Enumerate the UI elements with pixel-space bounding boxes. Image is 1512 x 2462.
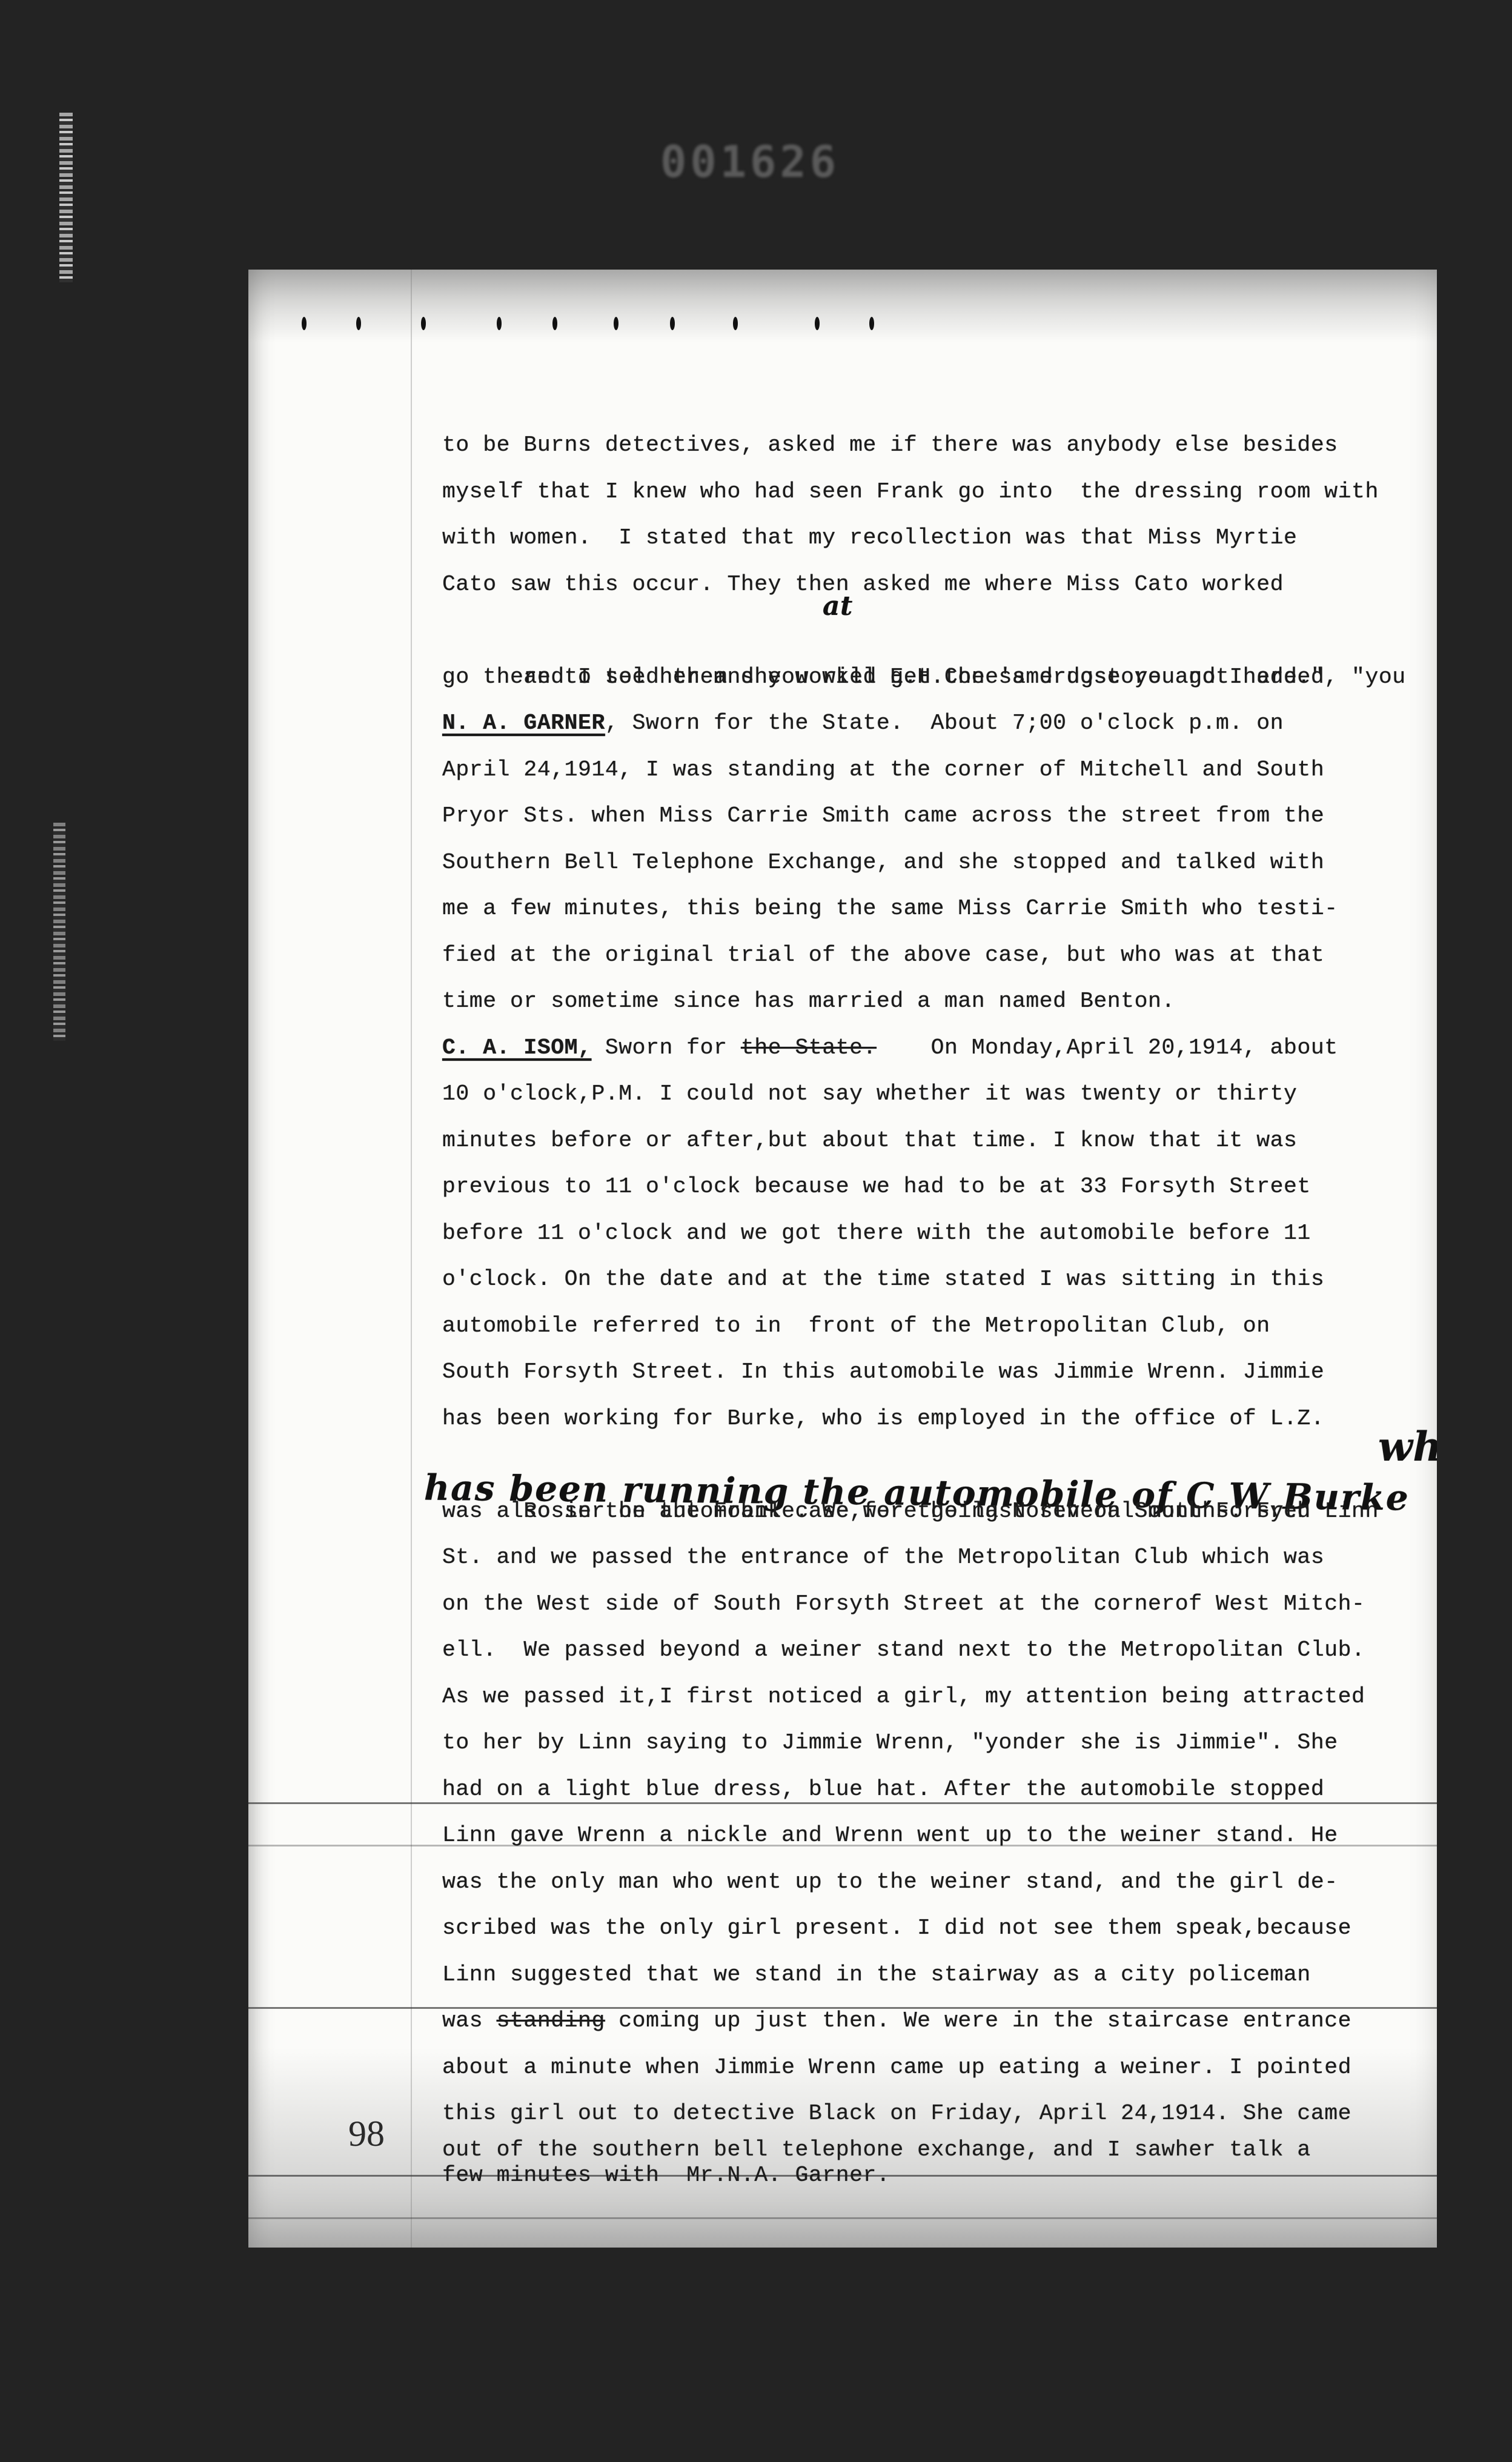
horizontal-rule: [248, 2217, 1437, 2219]
margin-rule: [411, 270, 412, 2248]
punch-hole-mark: [552, 317, 557, 330]
text-line: o'clock. On the date and at the time sta…: [442, 1256, 1424, 1303]
text-line: was the only man who went up to the wein…: [442, 1859, 1424, 1906]
text-line: Pryor Sts. when Miss Carrie Smith came a…: [442, 793, 1424, 840]
text-fragment: coming up just then. We were in the stai…: [605, 2008, 1351, 2033]
witness-name: N. A. GARNER: [442, 711, 605, 735]
handwritten-insert-at: at: [823, 583, 853, 630]
punch-hole-mark: [497, 317, 502, 330]
text-line: fied at the original trial of the above …: [442, 932, 1424, 979]
text-line-with-correction: Rosser on the Frank case,for the last se…: [442, 1442, 1424, 1488]
text-line: on the West side of South Forsyth Street…: [442, 1581, 1424, 1628]
witness-name: C. A. ISOM,: [442, 1035, 591, 1060]
text-line: automobile referred to in front of the M…: [442, 1303, 1424, 1350]
text-line: this girl out to detective Black on Frid…: [442, 2091, 1424, 2137]
text-line: 10 o'clock,P.M. I could not say whether …: [442, 1071, 1424, 1118]
punch-hole-mark: [356, 317, 361, 330]
text-line: to her by Linn saying to Jimmie Wrenn, "…: [442, 1720, 1424, 1767]
text-line: has been working for Burke, who is emplo…: [442, 1396, 1424, 1442]
text-line: Southern Bell Telephone Exchange, and sh…: [442, 840, 1424, 886]
frame-number: 001626: [660, 136, 840, 187]
page-top-shadow: [248, 270, 1437, 342]
text-line: before 11 o'clock and we got there with …: [442, 1210, 1424, 1257]
punch-hole-mark: [670, 317, 675, 330]
typed-testimony: to be Burns detectives, asked me if ther…: [442, 422, 1424, 2188]
document-page: 98 to be Burns detectives, asked me if t…: [248, 270, 1437, 2248]
text-line: about a minute when Jimmie Wrenn came up…: [442, 2045, 1424, 2091]
punch-hole-mark: [733, 317, 738, 330]
text-line: with women. I stated that my recollectio…: [442, 515, 1424, 562]
text-line: scribed was the only girl present. I did…: [442, 1905, 1424, 1952]
text-line: Linn suggested that we stand in the stai…: [442, 1952, 1424, 1999]
witness-line-garner: N. A. GARNER, Sworn for the State. About…: [442, 700, 1424, 747]
punch-hole-mark: [869, 317, 874, 330]
text-line-with-insert: and I told them she worked E.H.Cone's dr…: [442, 608, 1424, 654]
text-line: out of the southern bell telephone excha…: [442, 2137, 1424, 2163]
text-line: was also in the automobile. We were goin…: [442, 1488, 1424, 1535]
witness-sworn: Sworn for: [591, 1035, 740, 1060]
handwritten-insert-who: who: [1378, 1424, 1437, 1470]
text-line: go there to see her and you will get the…: [442, 654, 1424, 701]
struck-text: the State.: [741, 1035, 877, 1060]
text-line: myself that I knew who had seen Frank go…: [442, 469, 1424, 516]
text-fragment: was: [442, 2008, 497, 2033]
text-line: Linn gave Wrenn a nickle and Wrenn went …: [442, 1813, 1424, 1859]
text-line: ell. We passed beyond a weiner stand nex…: [442, 1627, 1424, 1674]
punch-hole-mark: [302, 317, 307, 330]
text-line: few minutes with Mr.N.A. Garner.: [442, 2163, 1424, 2188]
text-line: Cato saw this occur. They then asked me …: [442, 562, 1424, 608]
text-line: As we passed it,I first noticed a girl, …: [442, 1674, 1424, 1720]
text-line: had on a light blue dress, blue hat. Aft…: [442, 1767, 1424, 1813]
text-line: to be Burns detectives, asked me if ther…: [442, 422, 1424, 469]
witness-line-isom: C. A. ISOM, Sworn for the State. On Mond…: [442, 1025, 1424, 1072]
microfilm-edge-strip-middle: [53, 823, 65, 1041]
text-line: previous to 11 o'clock because we had to…: [442, 1164, 1424, 1210]
struck-text: standing: [497, 2008, 605, 2033]
punch-hole-mark: [421, 317, 426, 330]
witness-statement: On Monday,April 20,1914, about: [877, 1035, 1338, 1060]
text-line: minutes before or after,but about that t…: [442, 1118, 1424, 1164]
witness-statement: , Sworn for the State. About 7;00 o'cloc…: [605, 711, 1284, 735]
microfilm-edge-strip-top: [59, 113, 73, 282]
punch-hole-mark: [815, 317, 820, 330]
text-line-with-strike: was standing coming up just then. We wer…: [442, 1998, 1424, 2045]
text-line: April 24,1914, I was standing at the cor…: [442, 747, 1424, 794]
margin-page-number: 98: [348, 2113, 385, 2155]
text-line: St. and we passed the entrance of the Me…: [442, 1535, 1424, 1581]
text-line: time or sometime since has married a man…: [442, 978, 1424, 1025]
text-line: South Forsyth Street. In this automobile…: [442, 1349, 1424, 1396]
punch-hole-mark: [614, 317, 618, 330]
text-line: me a few minutes, this being the same Mi…: [442, 886, 1424, 932]
